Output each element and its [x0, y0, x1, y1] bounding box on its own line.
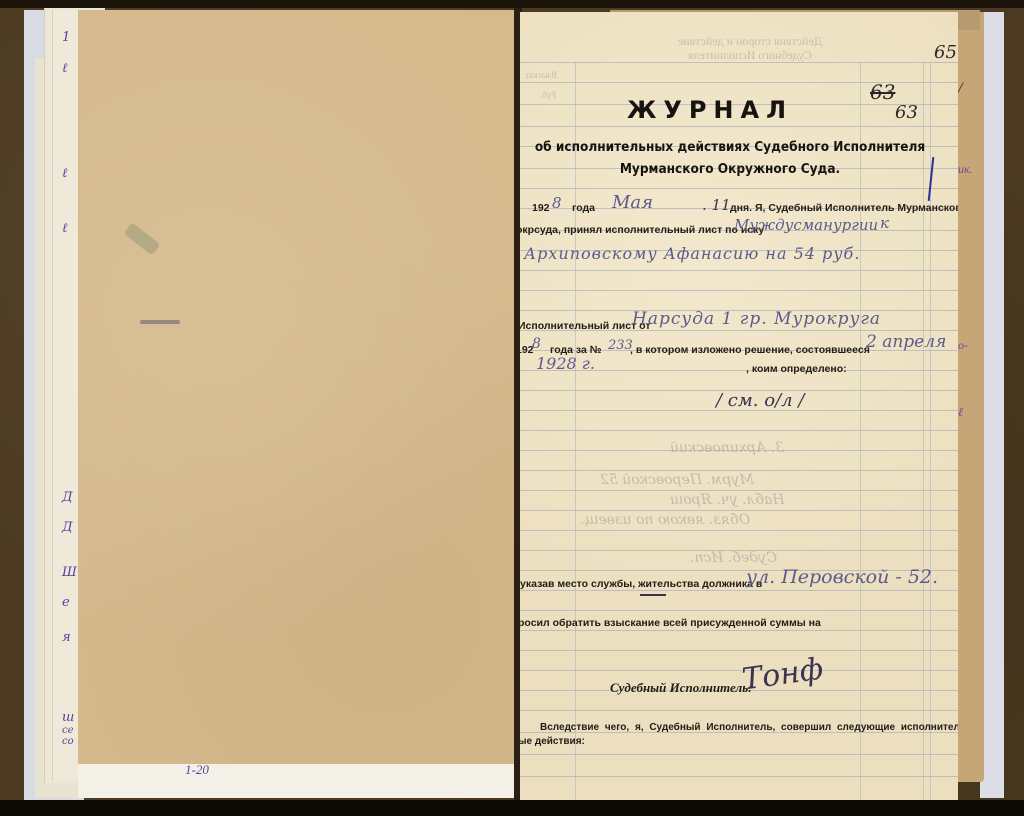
scan-bottom-edge [0, 800, 1024, 816]
margin-note: ℓ [62, 165, 67, 181]
ruled-line [520, 650, 958, 651]
ruled-line [520, 610, 958, 611]
ruled-line [520, 510, 958, 511]
margin-note: со [62, 736, 74, 747]
ghost-line: Судебного Исполнителя [630, 48, 870, 62]
month-handwritten: Мая [612, 192, 653, 213]
footer-line2: ые действия: [520, 736, 585, 747]
margin-note: ик. [958, 162, 973, 177]
left-page-bottom-strip [78, 764, 516, 798]
ruled-line [520, 490, 958, 491]
ruled-line [520, 188, 958, 189]
ruled-line [520, 126, 958, 127]
kraft-ink-mark [140, 320, 180, 324]
decision-date-handwritten: 2 апреля [866, 332, 946, 352]
margin-note: 1 [62, 30, 70, 45]
journal-title: ЖУРНАЛ [520, 96, 900, 124]
year-label: года [572, 202, 595, 214]
debtor-handwritten: Архиповскому Афанасию на 54 руб. [524, 244, 860, 263]
ruled-line [520, 530, 958, 531]
claimant-handwritten: Муждусманургии [734, 216, 878, 234]
margin-note: Д [62, 520, 73, 535]
ruled-line [520, 62, 958, 63]
year-handwritten: 8 [532, 336, 541, 352]
ruled-line [520, 754, 958, 755]
margin-note: е [62, 595, 70, 610]
ruled-line [520, 590, 958, 591]
margin-note: я [62, 630, 71, 645]
decision-year-handwritten: 1928 г. [536, 354, 595, 373]
ghost-handwriting: 3. Архиповский [670, 440, 784, 456]
ghost-handwriting: Набл. уч. Ярош [670, 492, 785, 508]
line2-text: окрсуда, принял исполнительный лист по и… [520, 224, 764, 236]
margin-note: ш [62, 710, 74, 725]
ruled-line [520, 630, 958, 631]
subtitle-line: об исполнительных действиях Судебного Ис… [520, 136, 940, 158]
ruled-line [520, 470, 958, 471]
address-handwritten: ул. Перовской - 52. [746, 566, 938, 588]
ghost-handwriting: Судеб. Исп. [690, 550, 777, 566]
ruled-line [520, 290, 958, 291]
footer-line1: Вследствие чего, я, Судебный Исполнитель… [540, 722, 958, 733]
ruled-line [520, 710, 958, 711]
line5-text: , в котором изложено решение, состоявшее… [630, 344, 870, 356]
scan-top-edge [0, 0, 1024, 8]
ruled-line [520, 270, 958, 271]
right-tan-sheet [954, 12, 984, 782]
margin-note: ℓ [958, 405, 963, 420]
court-handwritten: Нарсуда 1 гр. Мурокруга [632, 309, 881, 329]
bottom-strip-note: 1-20 [185, 762, 209, 778]
left-kraft-page [78, 10, 516, 766]
margin-note: се [62, 725, 74, 736]
ghost-handwriting: Обяз. явкою по извещ. [580, 512, 750, 528]
folio-number: 65 [934, 42, 957, 63]
day-handwritten: . 11 [702, 196, 731, 214]
line4-text: Исполнительный лист от [520, 320, 650, 332]
subtitle-line: Мурманского Окружного Суда. [520, 158, 940, 180]
margin-note: о- [958, 338, 968, 353]
line9-text: росил обратить взыскание всей присужденн… [520, 617, 821, 629]
margin-note: Д [62, 490, 73, 505]
margin-note: ℓ [62, 220, 67, 236]
journal-subtitle: об исполнительных действиях Судебного Ис… [520, 136, 940, 180]
journal-page: Действия сторон и действие Судебного Исп… [520, 12, 958, 800]
margin-note: Ш [62, 565, 77, 580]
bleed-through-header: Действия сторон и действие Судебного Исп… [630, 34, 870, 62]
ruled-line [520, 670, 958, 671]
ruled-line [520, 776, 958, 777]
year-handwritten: 8 [552, 194, 562, 212]
ghost-handwriting: Мурм. Перовской 52 [600, 472, 754, 488]
margin-note: ℓ [62, 60, 67, 76]
signature-label: Судебный Исполнитель: [610, 680, 752, 696]
line8-text: указав место службы, жительства должника… [520, 578, 762, 590]
line6-text: , коим определено: [746, 363, 847, 375]
ghost-column-label: Взыскат. [524, 70, 557, 80]
year-prefix: 192 [532, 202, 550, 214]
claimant-suffix: к [880, 214, 889, 232]
determination-handwritten: / см. о/л / [716, 390, 804, 411]
line1-text: дня. Я, Судебный Исполнитель Мурманского [730, 202, 958, 214]
underline-mark [640, 594, 666, 596]
ghost-line: Действия сторон и действие [630, 34, 870, 48]
margin-note: / [958, 80, 962, 98]
ruled-line [520, 430, 958, 431]
